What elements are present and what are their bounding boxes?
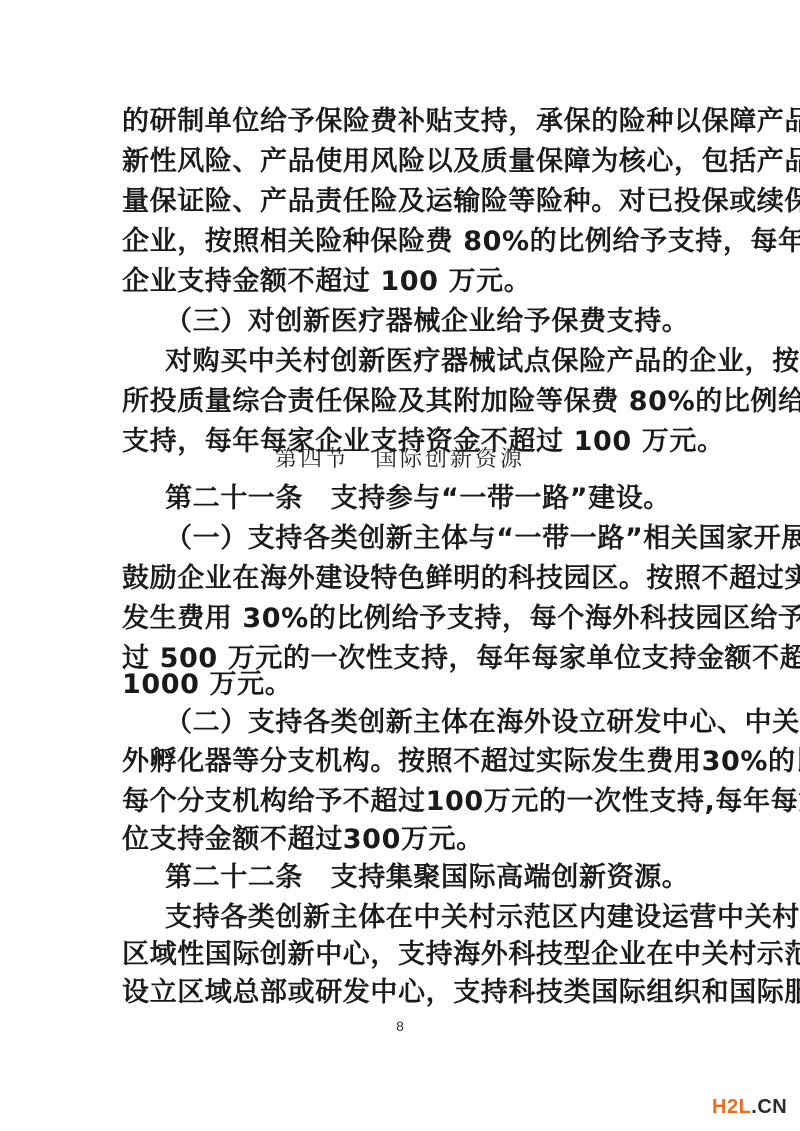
text-line: 新性风险、产品使用风险以及质量保障为核心，包括产品质 <box>122 145 682 179</box>
watermark-cn: .CN <box>751 1096 787 1118</box>
watermark-logo: H2L.CN <box>712 1096 787 1119</box>
text-line: 发生费用 30%的比例给予支持，每个海外科技园区给予不超 <box>122 602 682 636</box>
text-line: 量保证险、产品责任险及运输险等险种。对已投保或续保的 <box>122 185 682 219</box>
document-page: 的研制单位给予保险费补贴支持，承保的险种以保障产品创新性风险、产品使用风险以及质… <box>0 0 800 1131</box>
text-line: 设立区域总部或研发中心，支持科技类国际组织和国际服务 <box>122 976 682 1010</box>
text-line: 支持各类创新主体在中关村示范区内建设运营中关村 <box>165 901 682 935</box>
text-line: 对购买中关村创新医疗器械试点保险产品的企业，按照 <box>165 345 682 379</box>
text-line: 所投质量综合责任保险及其附加险等保费 80%的比例给予 <box>122 385 682 419</box>
page-number: 8 <box>0 1018 800 1034</box>
section-heading: 第四节 国际创新资源 <box>0 445 800 475</box>
text-line: 第二十二条 支持集聚国际高端创新资源。 <box>165 861 682 895</box>
text-line: （一）支持各类创新主体与“一带一路”相关国家开展合作， <box>165 522 682 556</box>
text-line: 企业，按照相关险种保险费 80%的比例给予支持，每年每家 <box>122 225 682 259</box>
text-line: 每个分支机构给予不超过100万元的一次性支持,每年每家单 <box>122 785 682 819</box>
text-line: 的研制单位给予保险费补贴支持，承保的险种以保障产品创 <box>122 105 682 139</box>
text-line: （三）对创新医疗器械企业给予保费支持。 <box>165 305 682 339</box>
text-line: 企业支持金额不超过 100 万元。 <box>122 265 682 299</box>
text-line: 区域性国际创新中心，支持海外科技型企业在中关村示范区 <box>122 938 682 972</box>
watermark-h2l: H2L <box>712 1096 751 1118</box>
text-line: 位支持金额不超过300万元。 <box>122 823 682 857</box>
text-line: 外孵化器等分支机构。按照不超过实际发生费用30%的比例， <box>122 745 682 779</box>
text-line: 1000 万元。 <box>122 668 682 702</box>
text-line: （二）支持各类创新主体在海外设立研发中心、中关村海 <box>165 706 682 740</box>
text-line: 第二十一条 支持参与“一带一路”建设。 <box>165 482 682 516</box>
text-line: 鼓励企业在海外建设特色鲜明的科技园区。按照不超过实际 <box>122 562 682 596</box>
